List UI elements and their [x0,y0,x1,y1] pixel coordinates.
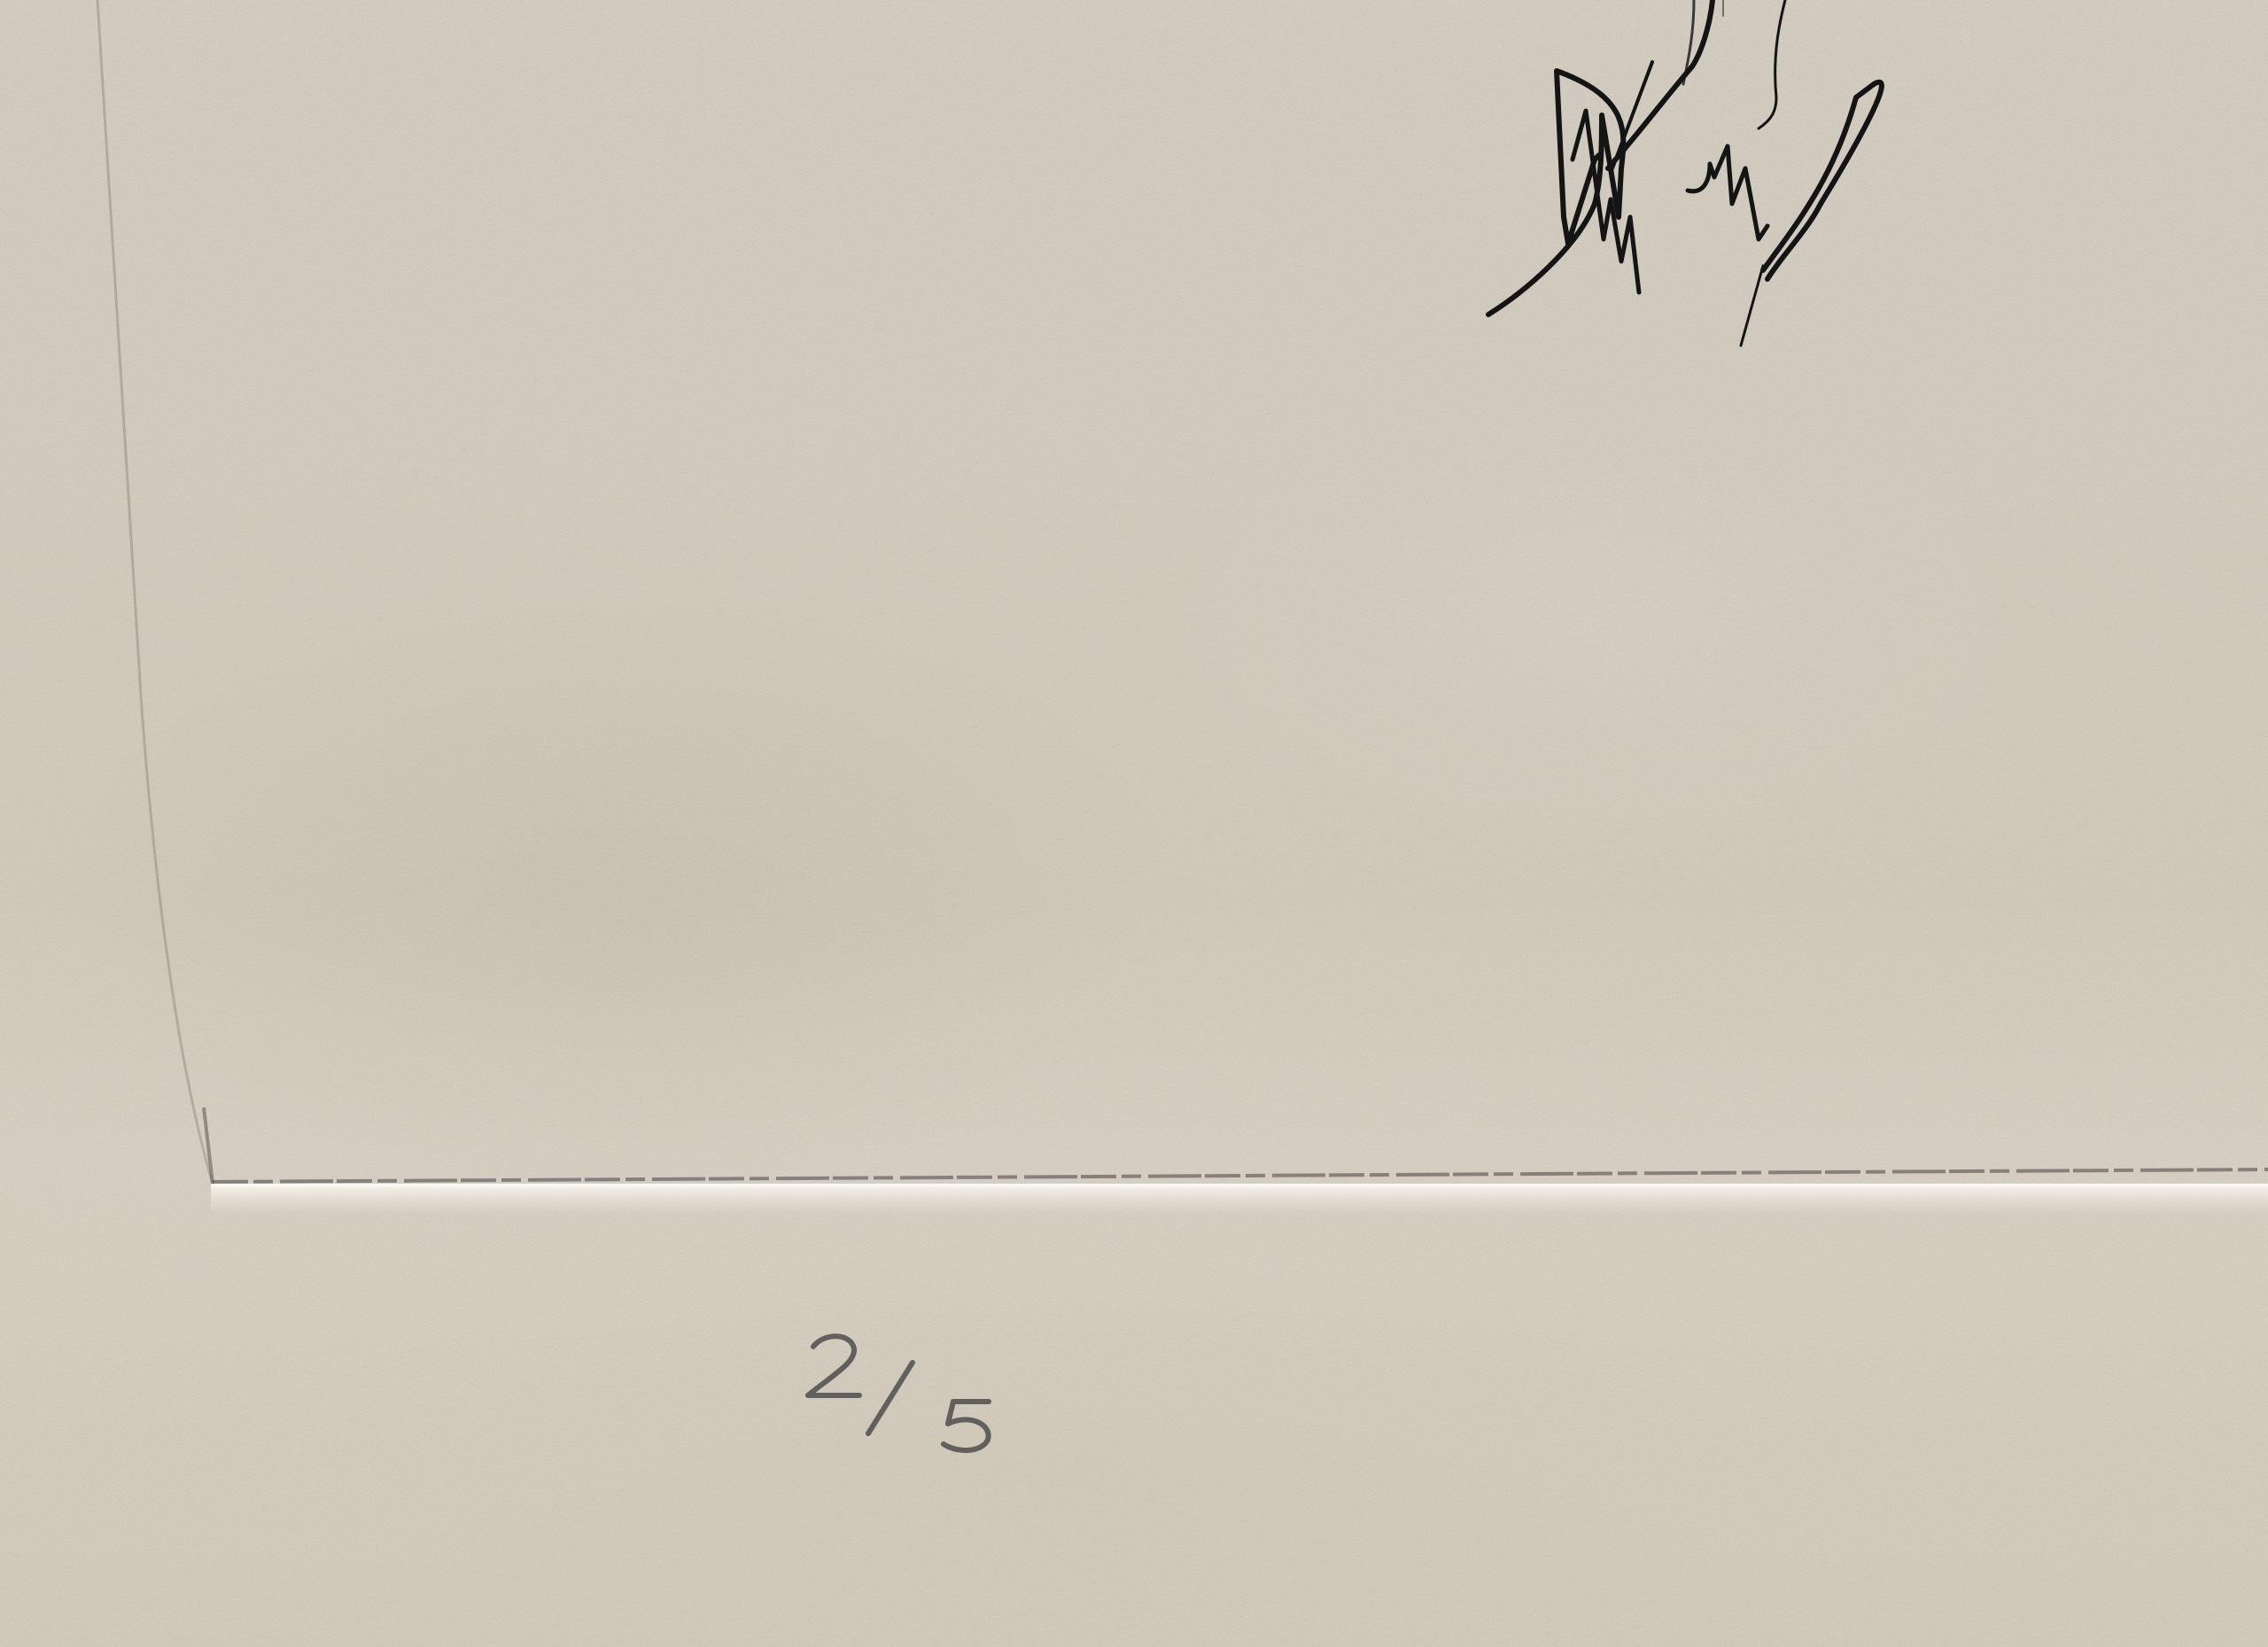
photograph: 2/5 [0,0,2268,1647]
grass-etching [0,0,2268,1647]
edition-number: 2/5 [797,1320,1010,1453]
